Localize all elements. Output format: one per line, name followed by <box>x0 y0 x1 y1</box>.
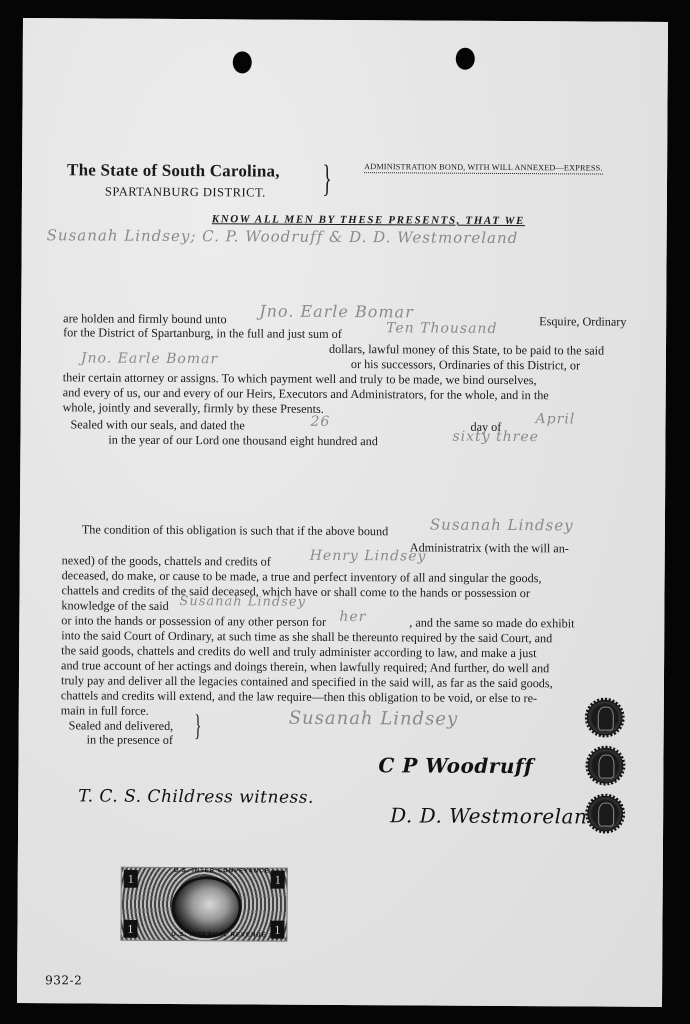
dated-line-2: in the year of our Lord one thousand eig… <box>108 433 377 450</box>
punch-hole-left <box>233 51 252 73</box>
bond-line-7: whole, jointly and severally, firmly by … <box>63 400 324 417</box>
handwritten-sum: Ten Thousand <box>386 320 497 337</box>
handwritten-administratrix: Susanah Lindsey <box>430 516 574 535</box>
header-brace: } <box>322 160 331 198</box>
condition-line-3: nexed) of the goods, chattels and credit… <box>62 553 271 569</box>
signature-susanah-lindsey: Susanah Lindsey <box>289 708 459 730</box>
handwritten-year: sixty three <box>452 429 539 446</box>
signature-cp-woodruff: C P Woodruff <box>378 753 533 778</box>
catalog-number: 932-2 <box>45 973 82 987</box>
preamble-heading: KNOW ALL MEN BY THESE PRESENTS, THAT WE <box>212 213 525 227</box>
condition-line-7-end: , and the same so made do exhibit <box>409 615 574 631</box>
document-page: The State of South Carolina, SPARTANBURG… <box>17 18 668 1007</box>
stamp-top-text: U.S. INTER CONVEYANCE <box>174 868 270 875</box>
handwritten-deceased: Henry Lindsey <box>310 548 427 565</box>
handwritten-ordinary-name-2: Jno. Earle Bomar <box>81 350 218 367</box>
condition-line-1: The condition of this obligation is such… <box>82 522 388 539</box>
bond-line-1-end: Esquire, Ordinary <box>539 314 626 330</box>
handwritten-said: Susanah Lindsey <box>179 594 306 610</box>
bond-line-4: or his successors, Ordinaries of this Di… <box>351 357 580 373</box>
wax-seal-3-icon <box>585 793 625 833</box>
bond-type-heading: ADMINISTRATION BOND, WITH WILL ANNEXED—E… <box>364 162 603 174</box>
signing-brace: } <box>194 707 201 745</box>
handwritten-ordinary-name: Jno. Earle Bomar <box>259 301 414 321</box>
dated-line-1: Sealed with our seals, and dated the <box>70 417 244 433</box>
condition-line-2: Administratrix (with the will an- <box>410 540 569 556</box>
wax-seal-1-icon <box>585 697 625 737</box>
handwritten-month: April <box>536 411 576 427</box>
condition-line-6: knowledge of the said <box>61 598 168 614</box>
wax-seal-2-icon <box>585 745 625 785</box>
bond-line-3: dollars, lawful money of this State, to … <box>329 342 604 359</box>
sealed-delivered-line-2: in the presence of <box>87 732 173 748</box>
bond-line-2: for the District of Spartanburg, in the … <box>63 325 342 342</box>
condition-line-13: main in full force. <box>61 703 149 719</box>
handwritten-for: her <box>339 609 366 625</box>
stamp-bottom-text: U.S. INTERNAL REVENUE <box>171 932 266 939</box>
sealed-delivered-line-1: Sealed and delivered, <box>69 718 174 734</box>
condition-line-7: or into the hands or possession of any o… <box>61 613 326 630</box>
witness-signature: T. C. S. Childress witness. <box>78 786 314 807</box>
state-title: The State of South Carolina, <box>67 160 280 181</box>
handwritten-obligors: Susanah Lindsey; C. P. Woodruff & D. D. … <box>47 226 519 247</box>
handwritten-day: 26 <box>311 414 331 430</box>
revenue-stamp: 1 1 1 1 U.S. INTER CONVEYANCE U.S. INTER… <box>120 867 287 942</box>
district-name: SPARTANBURG DISTRICT. <box>105 185 266 201</box>
signature-dd-westmoreland: D. D. Westmoreland <box>390 803 601 828</box>
punch-hole-right <box>456 48 475 70</box>
stamp-portrait-icon <box>171 876 241 938</box>
